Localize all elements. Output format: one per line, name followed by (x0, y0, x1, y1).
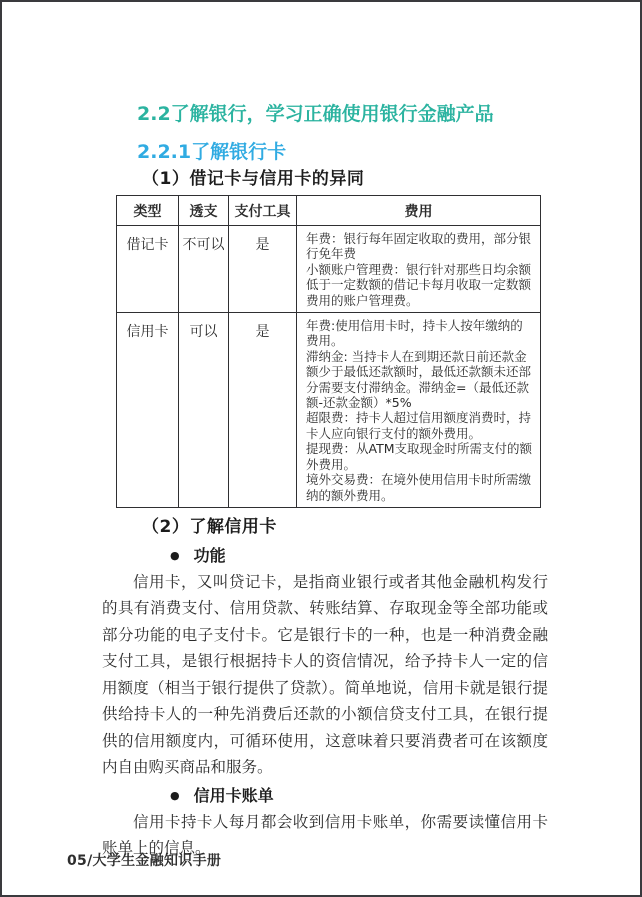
item-heading-understand-credit-card: （2）了解信用卡 (142, 517, 548, 538)
debit-payment-tool-cell: 是 (229, 226, 297, 313)
bullet-statement: ●信用卡账单 (170, 785, 548, 806)
subsection-heading: 2.2.1了解银行卡 (137, 140, 548, 164)
page-footer: 05/大学生金融知识手册 (67, 850, 221, 870)
card-comparison-table: 类型 透支 支付工具 费用 借记卡 不可以 是 年费：银行每年固定收取的费用，部… (116, 195, 541, 508)
column-header-type: 类型 (117, 196, 179, 226)
table-row-credit-card: 信用卡 可以 是 年费:使用信用卡时，持卡人按年缴纳的费用。 滞纳金: 当持卡人… (117, 313, 541, 508)
debit-type-cell: 借记卡 (117, 226, 179, 313)
column-header-overdraft: 透支 (179, 196, 229, 226)
credit-type-cell: 信用卡 (117, 313, 179, 508)
debit-fees-cell: 年费：银行每年固定收取的费用，部分银行免年费 小额账户管理费：银行针对那些日均余… (297, 226, 541, 313)
bullet-statement-label: 信用卡账单 (194, 786, 274, 805)
column-header-payment-tool: 支付工具 (229, 196, 297, 226)
bullet-functions-label: 功能 (194, 546, 226, 565)
table-row-debit-card: 借记卡 不可以 是 年费：银行每年固定收取的费用，部分银行免年费 小额账户管理费… (117, 226, 541, 313)
section-heading: 2.2了解银行，学习正确使用银行金融产品 (137, 102, 548, 126)
page-content: 2.2了解银行，学习正确使用银行金融产品 2.2.1了解银行卡 （1）借记卡与信… (102, 102, 548, 862)
document-page: 2.2了解银行，学习正确使用银行金融产品 2.2.1了解银行卡 （1）借记卡与信… (0, 0, 642, 897)
table-header-row: 类型 透支 支付工具 费用 (117, 196, 541, 226)
column-header-fees: 费用 (297, 196, 541, 226)
bullet-icon: ● (170, 785, 180, 806)
credit-overdraft-cell: 可以 (179, 313, 229, 508)
item-heading-card-differences: （1）借记卡与信用卡的异同 (142, 169, 548, 190)
bullet-functions: ●功能 (170, 545, 548, 566)
credit-payment-tool-cell: 是 (229, 313, 297, 508)
debit-overdraft-cell: 不可以 (179, 226, 229, 313)
credit-fees-cell: 年费:使用信用卡时，持卡人按年缴纳的费用。 滞纳金: 当持卡人在到期还款日前还款… (297, 313, 541, 508)
bullet-icon: ● (170, 545, 180, 566)
paragraph-credit-card-functions: 信用卡，又叫贷记卡，是指商业银行或者其他金融机构发行的具有消费支付、信用贷款、转… (102, 569, 548, 781)
